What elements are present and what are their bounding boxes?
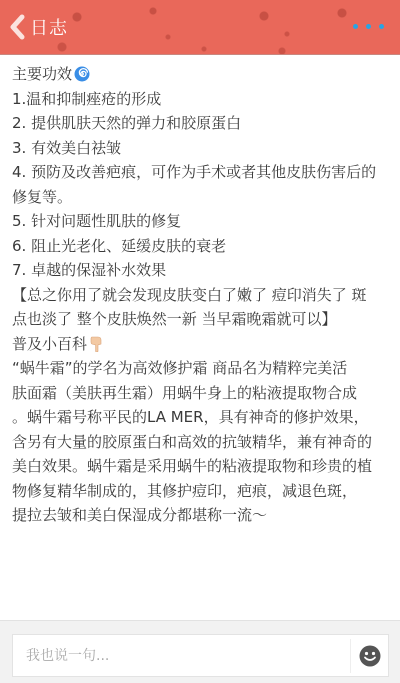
- top-nav-bar: 日志: [0, 0, 400, 55]
- more-options-button[interactable]: [353, 24, 384, 29]
- effect-item: 4. 预防及改善疤痕，可作为手术或者其他皮肤伤害后的: [12, 160, 394, 185]
- encyclopedia-line: 含另有大量的胶原蛋白和高效的抗皱精华，兼有神奇的: [12, 430, 394, 455]
- more-dots-icon: [366, 24, 371, 29]
- encyclopedia-line: 提拉去皱和美白保湿成分都堪称一流～: [12, 503, 394, 528]
- emoji-button[interactable]: [350, 639, 388, 673]
- more-dots-icon: [353, 24, 358, 29]
- back-button[interactable]: 日志: [8, 12, 68, 42]
- effect-item: 修复等。: [12, 185, 394, 210]
- pointing-down-hand-icon: [89, 335, 103, 359]
- comment-bar: [0, 620, 400, 683]
- effect-item: 7. 卓越的保湿补水效果: [12, 258, 394, 283]
- encyclopedia-line: 物修复精华制成的，其修护痘印，疤痕，减退色斑，: [12, 479, 394, 504]
- effect-item: 5. 针对问题性肌肤的修复: [12, 209, 394, 234]
- spiral-icon: [74, 65, 90, 89]
- section-title-encyclopedia: 普及小百科: [12, 332, 394, 357]
- effect-item: 6. 阻止光老化、延缓皮肤的衰老: [12, 234, 394, 259]
- smiley-face-icon: [359, 645, 381, 667]
- summary-line: 点也淡了 整个皮肤焕然一新 当早霜晚霜就可以】: [12, 307, 394, 332]
- more-dots-icon: [379, 24, 384, 29]
- chevron-left-icon: [8, 14, 26, 40]
- effect-item: 3. 有效美白祛皱: [12, 136, 394, 161]
- comment-input-box: [12, 634, 389, 677]
- article-body: 主要功效 1.温和抑制痤疮的形成 2. 提供肌肤天然的弹力和胶原蛋白 3. 有效…: [12, 62, 394, 528]
- encyclopedia-line: “蜗牛霜”的学名为高效修护霜 商品名为精粹完美活: [12, 356, 394, 381]
- encyclopedia-line: 美白效果。蜗牛霜是采用蜗牛的粘液提取物和珍贵的植: [12, 454, 394, 479]
- effect-item: 2. 提供肌肤天然的弹力和胶原蛋白: [12, 111, 394, 136]
- back-label: 日志: [30, 14, 68, 40]
- comment-input[interactable]: [13, 635, 350, 676]
- encyclopedia-line: 。蜗牛霜号称平民的LA MER，具有神奇的修护效果，: [12, 405, 394, 430]
- section-title-main-effects: 主要功效: [12, 62, 394, 87]
- effect-item: 1.温和抑制痤疮的形成: [12, 87, 394, 112]
- encyclopedia-line: 肤面霜（美肤再生霜）用蜗牛身上的粘液提取物合成: [12, 381, 394, 406]
- summary-line: 【总之你用了就会发现皮肤变白了嫩了 痘印消失了 斑: [12, 283, 394, 308]
